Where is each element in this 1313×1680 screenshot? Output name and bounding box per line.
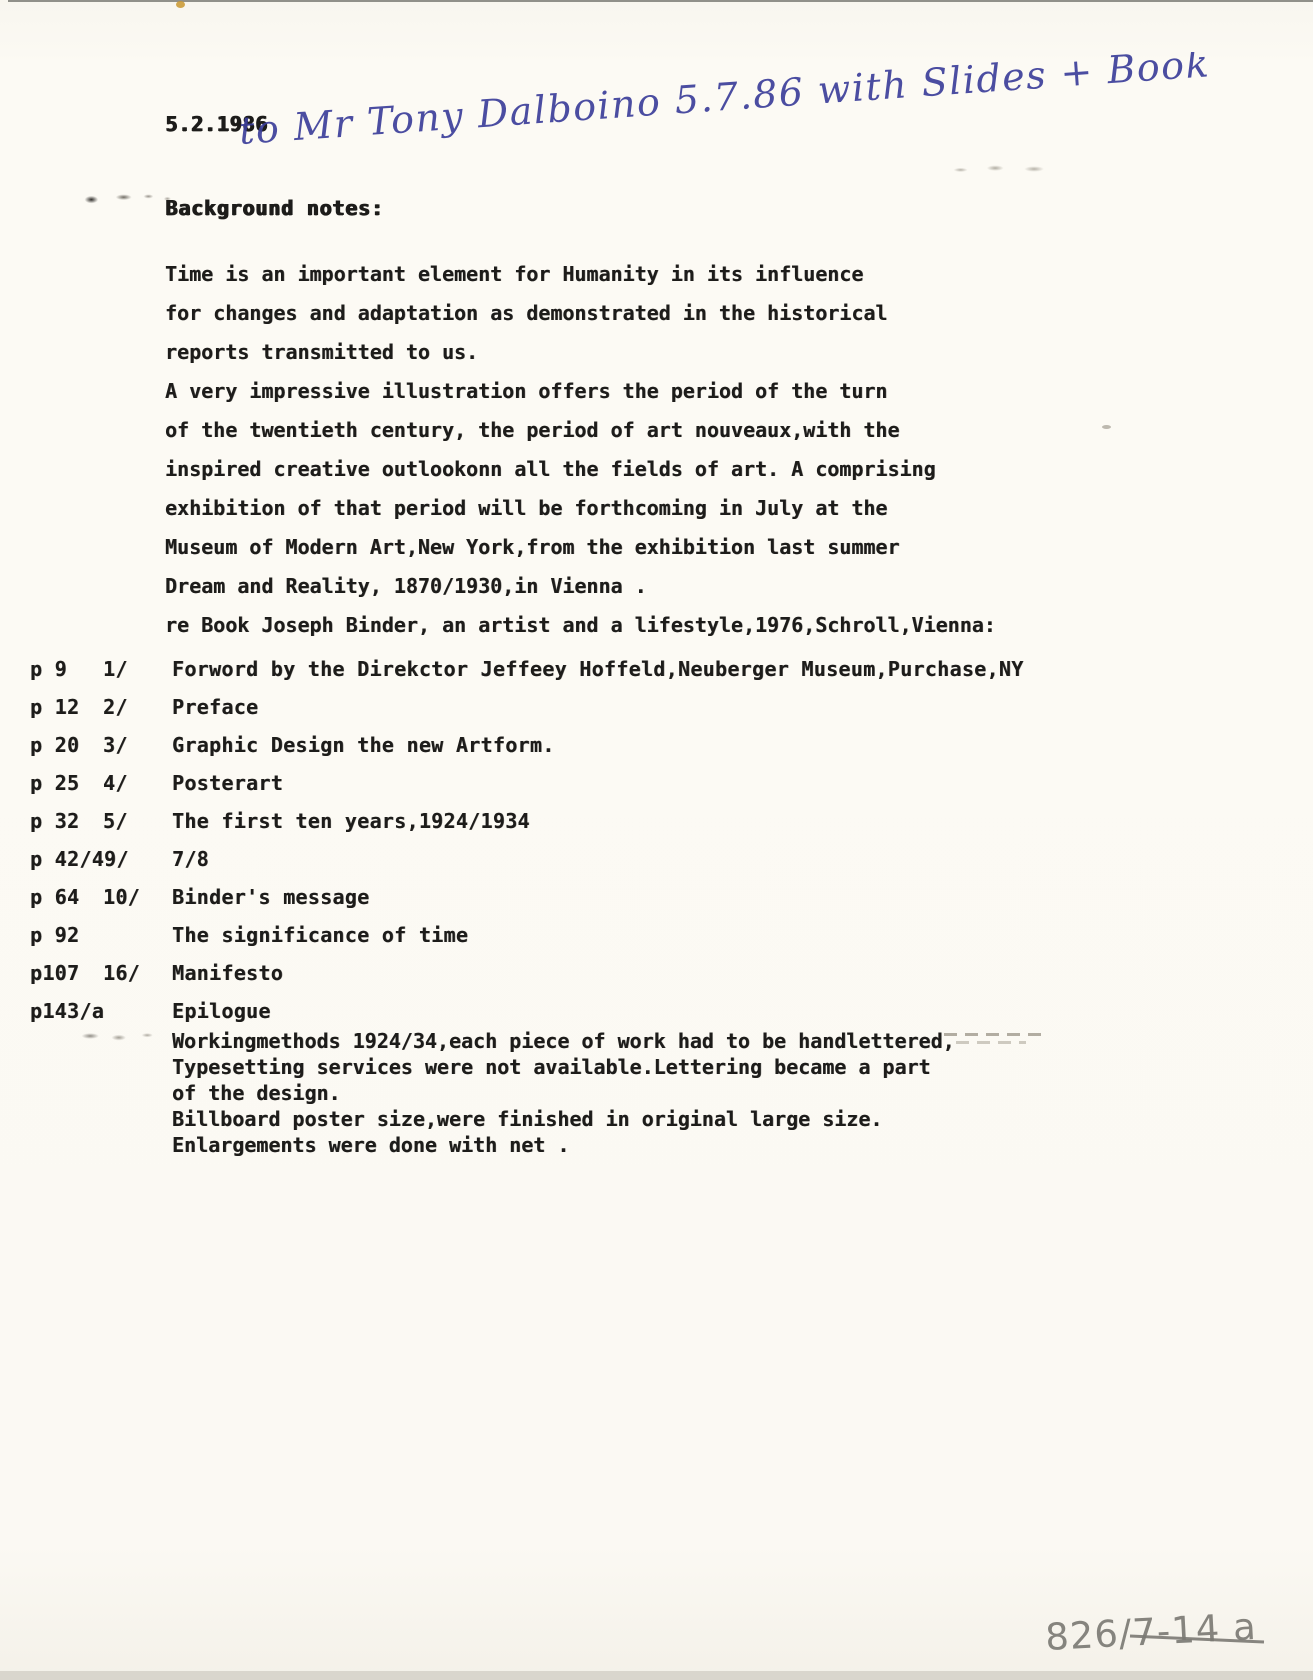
faint-smudge-top-right [948,160,1053,178]
item-title: Graphic Design the new Artform. [172,726,555,764]
handwritten-note-text: to Mr Tony Dalboino 5.7.86 with Slides +… [238,52,1208,153]
body-line: re Book Joseph Binder, an artist and a l… [165,606,996,645]
section-heading: Background notes: [165,196,383,220]
body-line: of the twentieth century, the period of … [165,411,996,450]
list-item: p 64 10/ Binder's message [0,878,1313,916]
page-ref: p 9 [30,650,67,688]
contents-list: p 9 1/ Forword by the Direkctor Jeffeey … [0,650,1313,1030]
page-ref: p 25 [30,764,79,802]
list-item: p107 16/ Manifesto [0,954,1313,992]
list-item: p 92 The significance of time [0,916,1313,954]
list-item: p 20 3/ Graphic Design the new Artform. [0,726,1313,764]
item-title: 7/8 [172,840,209,878]
body-line: inspired creative outlookonn all the fie… [165,450,996,489]
body-line: Museum of Modern Art,New York,from the e… [165,528,996,567]
pencil-dashes [956,1041,1026,1044]
item-number: 5/ [103,802,128,840]
body-line: for changes and adaptation as demonstrat… [165,294,996,333]
list-item: p 12 2/ Preface [0,688,1313,726]
page-ref: p 20 [30,726,79,764]
body-line: reports transmitted to us. [165,333,996,372]
item-number: 2/ [103,688,128,726]
pencil-reference-number: 826/7-14 a [1038,1596,1313,1680]
scanned-document-page: 5.2.1986 to Mr Tony Dalboino 5.7.86 with… [0,0,1313,1680]
page-ref: p 64 [30,878,79,916]
list-item: p 25 4/ Posterart [0,764,1313,802]
pencil-dashes [944,1033,1048,1036]
item-number: 1/ [103,650,128,688]
item-title: Forword by the Direkctor Jeffeey Hoffeld… [172,650,1024,688]
body-line: exhibition of that period will be forthc… [165,489,996,528]
item-number: 3/ [103,726,128,764]
page-ref: p 12 [30,688,79,726]
paper-spot [176,1,185,8]
page-ref: p 92 [30,916,79,954]
item-title: Manifesto [172,954,283,992]
footer-line: Billboard poster size,were finished in o… [172,1106,955,1132]
item-number: 16/ [103,954,140,992]
item-title: Epilogue [172,992,271,1030]
list-item: p 9 1/ Forword by the Direkctor Jeffeey … [0,650,1313,688]
item-title: Preface [172,688,258,726]
page-ref: p 32 [30,802,79,840]
body-line: Dream and Reality, 1870/1930,in Vienna . [165,567,996,606]
list-item: p143/a Epilogue [0,992,1313,1030]
item-number: 10/ [103,878,140,916]
footer-notes: Workingmethods 1924/34,each piece of wor… [172,1028,955,1158]
page-ref: p107 [30,954,79,992]
page-ref: p 42/49/ [30,840,129,878]
item-number: 4/ [103,764,128,802]
scan-bottom-edge [0,1671,1313,1680]
margin-smudge-heading [80,190,175,206]
handwritten-note-pen: to Mr Tony Dalboino 5.7.86 with Slides +… [228,52,1208,172]
pencil-number-text: 826/7-14 a [1044,1605,1257,1659]
footer-line: Typesetting services were not available.… [172,1054,955,1080]
body-line: A very impressive illustration offers th… [165,372,996,411]
page-ref: p143/a [30,992,104,1030]
scan-top-edge [8,0,1313,2]
item-title: Binder's message [172,878,369,916]
footer-line: of the design. [172,1080,955,1106]
body-line: Time is an important element for Humanit… [165,255,996,294]
footer-line: Workingmethods 1924/34,each piece of wor… [172,1028,955,1054]
item-title: The first ten years,1924/1934 [172,802,530,840]
item-title: Posterart [172,764,283,802]
item-title: The significance of time [172,916,468,954]
margin-smudge-footer [76,1028,171,1044]
body-paragraphs: Time is an important element for Humanit… [165,255,996,645]
list-item: p 32 5/ The first ten years,1924/1934 [0,802,1313,840]
footer-line: Enlargements were done with net . [172,1132,955,1158]
faint-mark [1102,425,1111,429]
list-item: p 42/49/ 7/8 [0,840,1313,878]
